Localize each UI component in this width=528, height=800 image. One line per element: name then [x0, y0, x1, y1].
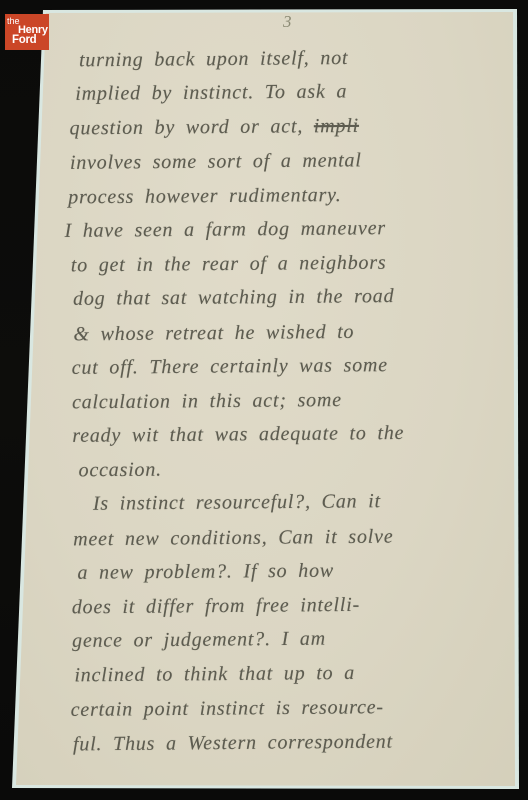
manuscript-line-text: inclined to think that up to a: [74, 662, 355, 686]
manuscript-line: meet new conditions, Can it solve: [67, 518, 509, 556]
manuscript-line-text: involves some sort of a mental: [70, 149, 362, 174]
manuscript-line: process however rudimentary.: [64, 176, 506, 214]
manuscript-line: ful. Thus a Western correspondent: [69, 723, 511, 761]
manuscript-line-text: & whose retreat he wished to: [73, 320, 354, 344]
manuscript: turning back upon itself, notimplied by …: [63, 39, 511, 761]
manuscript-line-text: I have seen a farm dog maneuver: [64, 217, 386, 242]
manuscript-line-text: gence or judgement?. I am: [72, 628, 326, 652]
manuscript-line: dog that sat watching in the road: [65, 278, 507, 316]
manuscript-line-text: Is instinct resourceful?, Can it: [93, 491, 381, 516]
manuscript-line: Is instinct resourceful?, Can it: [67, 484, 509, 522]
manuscript-line: question by word or act, impli: [63, 108, 505, 146]
manuscript-line-text: certain point instinct is resource-: [71, 696, 384, 721]
manuscript-line: occasion.: [66, 450, 508, 488]
manuscript-line-text: cut off. There certainly was some: [72, 354, 388, 379]
struck-word: impli: [314, 115, 359, 137]
manuscript-line: turning back upon itself, not: [63, 40, 505, 78]
manuscript-line-text: question by word or act,: [70, 116, 314, 140]
manuscript-line: inclined to think that up to a: [68, 655, 510, 693]
scan-background: the Henry Ford 3 turning back upon itsel…: [0, 0, 528, 800]
manuscript-line: implied by instinct. To ask a: [63, 73, 505, 111]
manuscript-line: cut off. There certainly was some: [66, 347, 508, 385]
logo-word-ford: Ford: [12, 35, 49, 46]
manuscript-line: a new problem?. If so how: [67, 552, 509, 590]
manuscript-line-text: ful. Thus a Western correspondent: [73, 730, 393, 755]
manuscript-line: gence or judgement?. I am: [68, 620, 510, 658]
manuscript-line: calculation in this act; some: [66, 381, 508, 419]
manuscript-line-text: turning back upon itself, not: [79, 47, 348, 71]
manuscript-line-text: occasion.: [79, 459, 162, 482]
manuscript-line-text: a new problem?. If so how: [77, 559, 334, 583]
manuscript-line-text: does it differ from free intelli-: [72, 594, 360, 619]
manuscript-line-text: meet new conditions, Can it solve: [73, 525, 393, 550]
manuscript-line: involves some sort of a mental: [64, 142, 506, 180]
manuscript-line-text: calculation in this act; some: [72, 389, 342, 413]
manuscript-line: to get in the rear of a neighbors: [65, 245, 507, 283]
manuscript-line-text: implied by instinct. To ask a: [75, 81, 347, 105]
manuscript-line-text: dog that sat watching in the road: [73, 285, 394, 310]
manuscript-line: does it differ from free intelli-: [68, 587, 510, 625]
henry-ford-logo: the Henry Ford: [5, 14, 49, 50]
manuscript-line: I have seen a farm dog maneuver: [64, 210, 506, 248]
manuscript-line: certain point instinct is resource-: [69, 689, 511, 727]
manuscript-line-text: to get in the rear of a neighbors: [71, 252, 387, 277]
manuscript-line: ready wit that was adequate to the: [66, 415, 508, 453]
manuscript-line: & whose retreat he wished to: [65, 313, 507, 351]
manuscript-line-text: ready wit that was adequate to the: [72, 422, 404, 447]
manuscript-line-text: process however rudimentary.: [68, 184, 341, 208]
page-number: 3: [283, 12, 292, 32]
